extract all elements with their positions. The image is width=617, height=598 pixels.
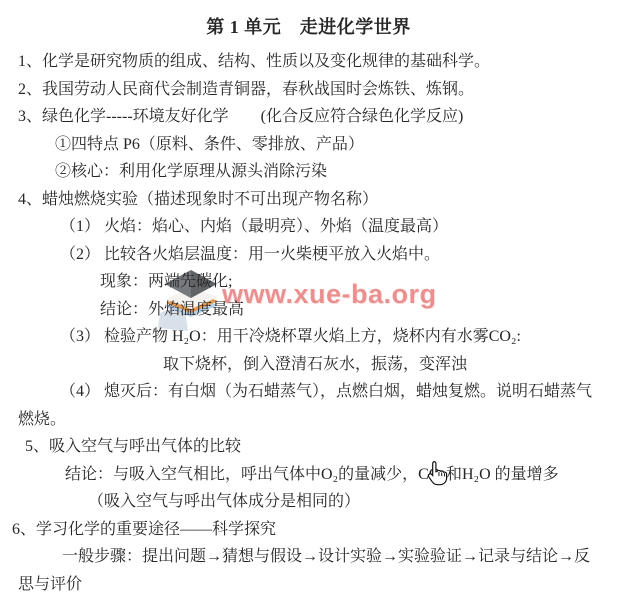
text-line: 结论：外焰温度最高	[0, 296, 617, 324]
text-line: 5、吸入空气与呼出气体的比较	[0, 433, 617, 461]
text-line: （2） 比较各火焰层温度：用一火柴梗平放入火焰中。	[0, 241, 617, 269]
text-line: （1） 火焰：焰心、内焰（最明亮）、外焰（温度最高）	[0, 213, 617, 241]
text-line: 4、蜡烛燃烧实验（描述现象时不可出现产物名称）	[0, 186, 617, 214]
text-line: 燃烧。	[0, 406, 617, 434]
text-line: （3） 检验产物 H₂O：用干冷烧杯罩火焰上方，烧杯内有水雾CO₂:	[0, 323, 617, 351]
text-line: ②核心：利用化学原理从源头消除污染	[0, 158, 617, 186]
text-line: 结论：与吸入空气相比，呼出气体中O₂的量减少，CO₂和H₂O 的量增多	[0, 461, 617, 489]
hand-cursor-icon	[423, 460, 451, 488]
text-line: 1、化学是研究物质的组成、结构、性质以及变化规律的基础科学。	[0, 48, 617, 76]
text-line: 取下烧杯，倒入澄清石灰水，振荡，变浑浊	[0, 351, 617, 379]
text-line: （吸入空气与呼出气体成分是相同的）	[0, 488, 617, 516]
document-page: www.xue-ba.org 第 1 单元 走进化学世界 1、化学是研究物质的组…	[0, 0, 617, 598]
text-line: 2、我国劳动人民商代会制造青铜器，春秋战国时会炼铁、炼钢。	[0, 76, 617, 104]
text-line: ①四特点 P6（原料、条件、零排放、产品）	[0, 131, 617, 159]
page-title: 第 1 单元 走进化学世界	[0, 0, 617, 48]
text-line: （4） 熄灭后：有白烟（为石蜡蒸气），点燃白烟，蜡烛复燃。说明石蜡蒸气	[0, 378, 617, 406]
text-line: 3、绿色化学-----环境友好化学 (化合反应符合绿色化学反应)	[0, 103, 617, 131]
text-line: 6、学习化学的重要途径——科学探究	[0, 516, 617, 544]
text-line: 一般步骤：提出问题→猜想与假设→设计实验→实验验证→记录与结论→反	[0, 543, 617, 571]
text-line: 现象：两端先碳化;	[0, 268, 617, 296]
text-line: 思与评价	[0, 571, 617, 598]
